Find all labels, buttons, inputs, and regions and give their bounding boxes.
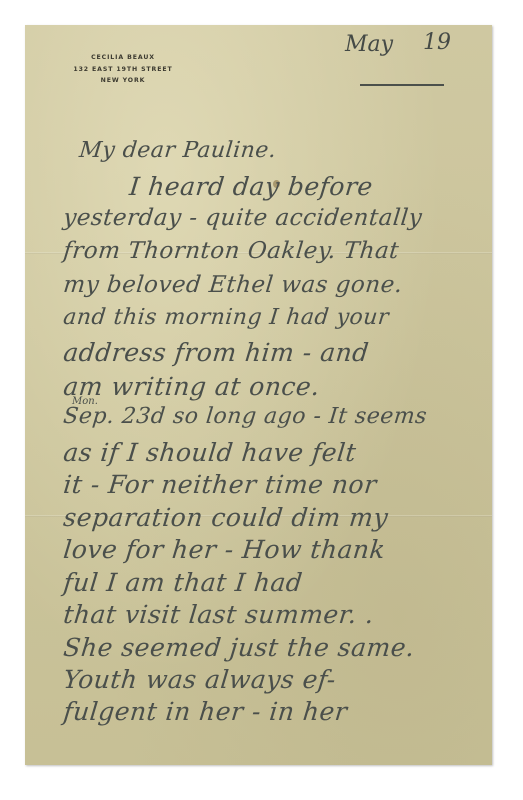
letter-line: love for her - How thank: [62, 535, 387, 564]
letter-date: May 19: [345, 30, 465, 70]
letter-line: Sep. 23d so long ago - It seems: [62, 404, 428, 429]
letter-line: from Thornton Oakley. That: [62, 238, 400, 264]
letter-line: and this morning I had your: [62, 305, 390, 330]
letter-line: am writing at once.: [62, 372, 321, 401]
letter-line: that visit last summer. .: [62, 600, 375, 629]
letterhead-name: CECILIA BEAUX: [48, 52, 198, 64]
letter-line: it - For neither time nor: [62, 470, 378, 499]
letter-line: yesterday - quite accidentally: [62, 205, 424, 231]
letterhead-city: NEW YORK: [48, 75, 198, 87]
letter-line: She seemed just the same.: [62, 633, 416, 662]
date-month: May: [345, 32, 393, 57]
date-day: 19: [423, 30, 451, 55]
letter-line: fulgent in her - in her: [62, 697, 349, 726]
salutation: My dear Pauline.: [78, 138, 278, 163]
letter-line: address from him - and: [62, 338, 370, 367]
letterhead: CECILIA BEAUX 132 EAST 19TH STREET NEW Y…: [48, 52, 198, 87]
letter-line: I heard day before: [128, 172, 374, 201]
letter-line: as if I should have felt: [62, 438, 358, 467]
letter-line: separation could dim my: [62, 503, 390, 532]
letterhead-address: 132 EAST 19TH STREET: [48, 64, 198, 76]
letter-line: ful I am that I had: [62, 568, 304, 597]
letter-line: my beloved Ethel was gone.: [62, 272, 404, 298]
date-underline: [360, 84, 444, 86]
letter-line: Youth was always ef-: [62, 665, 337, 694]
